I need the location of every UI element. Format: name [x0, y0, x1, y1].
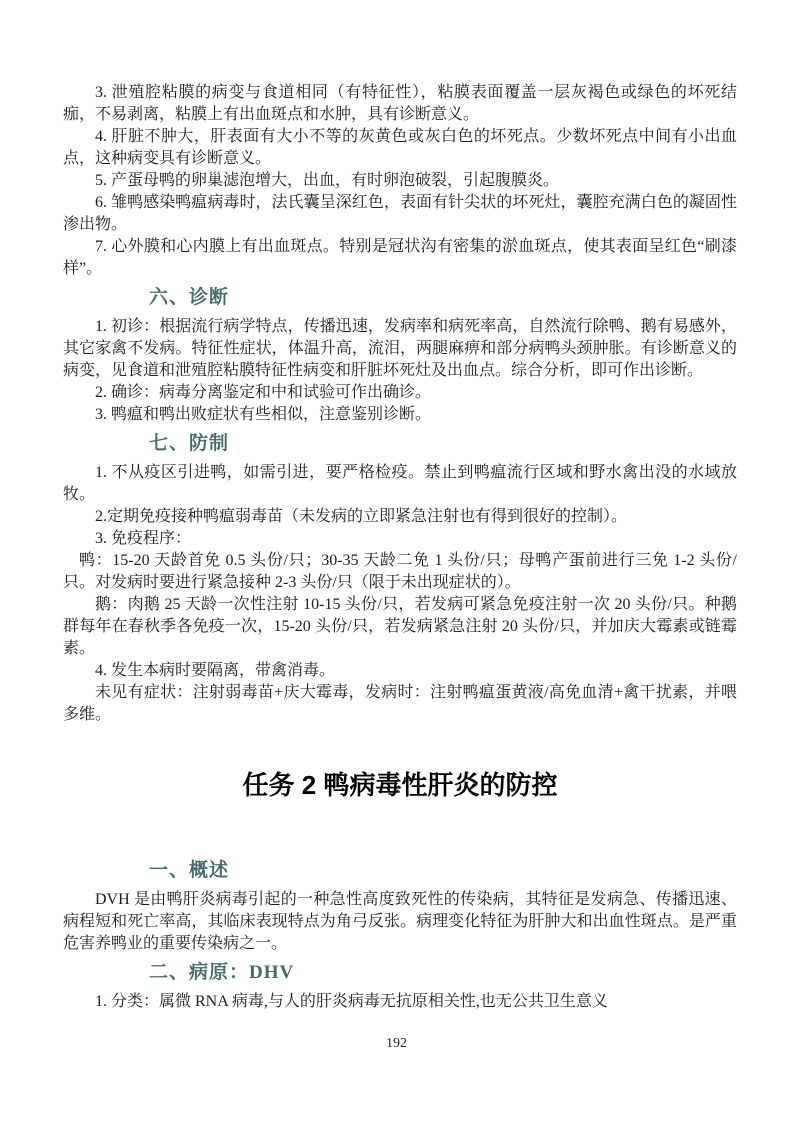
paragraph: 未见有症状：注射弱毒苗+庆大霉毒，发病时：注射鸭瘟蛋黄液/高免血清+禽干扰素，并… [63, 682, 737, 726]
paragraph: 4. 发生本病时要隔离，带禽消毒。 [63, 660, 737, 682]
paragraph-duck-schedule: 鸭：15-20 天龄首免 0.5 头份/只；30-35 天龄二免 1 头份/只；… [63, 550, 737, 594]
paragraph: 7. 心外膜和心内膜上有出血斑点。特别是冠状沟有密集的淤血斑点，使其表面呈红色“… [63, 236, 737, 280]
paragraph: DVH 是由鸭肝炎病毒引起的一种急性高度致死性的传染病，其特征是发病急、传播迅速… [63, 889, 737, 955]
paragraph: 1. 分类：属微 RNA 病毒,与人的肝炎病毒无抗原相关性,也无公共卫生意义 [63, 991, 737, 1013]
paragraph: 2.定期免疫接种鸭瘟弱毒苗（未发病的立即紧急注射也有得到很好的控制）。 [63, 506, 737, 528]
section-heading-1-overview: 一、概述 [149, 858, 737, 884]
paragraph: 3. 免疫程序： [63, 528, 737, 550]
paragraph-goose-schedule: 鹅：肉鹅 25 天龄一次性注射 10-15 头份/只，若发病可紧急免疫注射一次 … [63, 594, 737, 660]
section-heading-7-prevention: 七、防制 [149, 431, 737, 457]
paragraph: 2. 确诊：病毒分离鉴定和中和试验可作出确诊。 [63, 382, 737, 404]
paragraph: 5. 产蛋母鸭的卵巢滤泡增大，出血，有时卵泡破裂，引起腹膜炎。 [63, 170, 737, 192]
paragraph: 1. 不从疫区引进鸭，如需引进，要严格检疫。禁止到鸭瘟流行区域和野水禽出没的水域… [63, 462, 737, 506]
document-page: 3. 泄殖腔粘膜的病变与食道相同（有特征性），粘膜表面覆盖一层灰褐色或绿色的坏死… [0, 0, 793, 1122]
page-number: 192 [0, 1036, 793, 1052]
chapter-title-task2: 任务 2 鸭病毒性肝炎的防控 [63, 768, 737, 802]
paragraph: 6. 雏鸭感染鸭瘟病毒时，法氏囊呈深红色，表面有针尖状的坏死灶，囊腔充满白色的凝… [63, 192, 737, 236]
section-heading-2-pathogen: 二、病原：DHV [149, 960, 737, 986]
paragraph: 3. 鸭瘟和鸭出败症状有些相似，注意鉴别诊断。 [63, 404, 737, 426]
paragraph: 4. 肝脏不肿大，肝表面有大小不等的灰黄色或灰白色的坏死点。少数坏死点中间有小出… [63, 126, 737, 170]
page-body: 3. 泄殖腔粘膜的病变与食道相同（有特征性），粘膜表面覆盖一层灰褐色或绿色的坏死… [63, 82, 737, 1013]
section-heading-6-diagnosis: 六、诊断 [149, 285, 737, 311]
paragraph: 3. 泄殖腔粘膜的病变与食道相同（有特征性），粘膜表面覆盖一层灰褐色或绿色的坏死… [63, 82, 737, 126]
paragraph: 1. 初诊：根据流行病学特点，传播迅速，发病率和病死率高，自然流行除鸭、鹅有易感… [63, 316, 737, 382]
